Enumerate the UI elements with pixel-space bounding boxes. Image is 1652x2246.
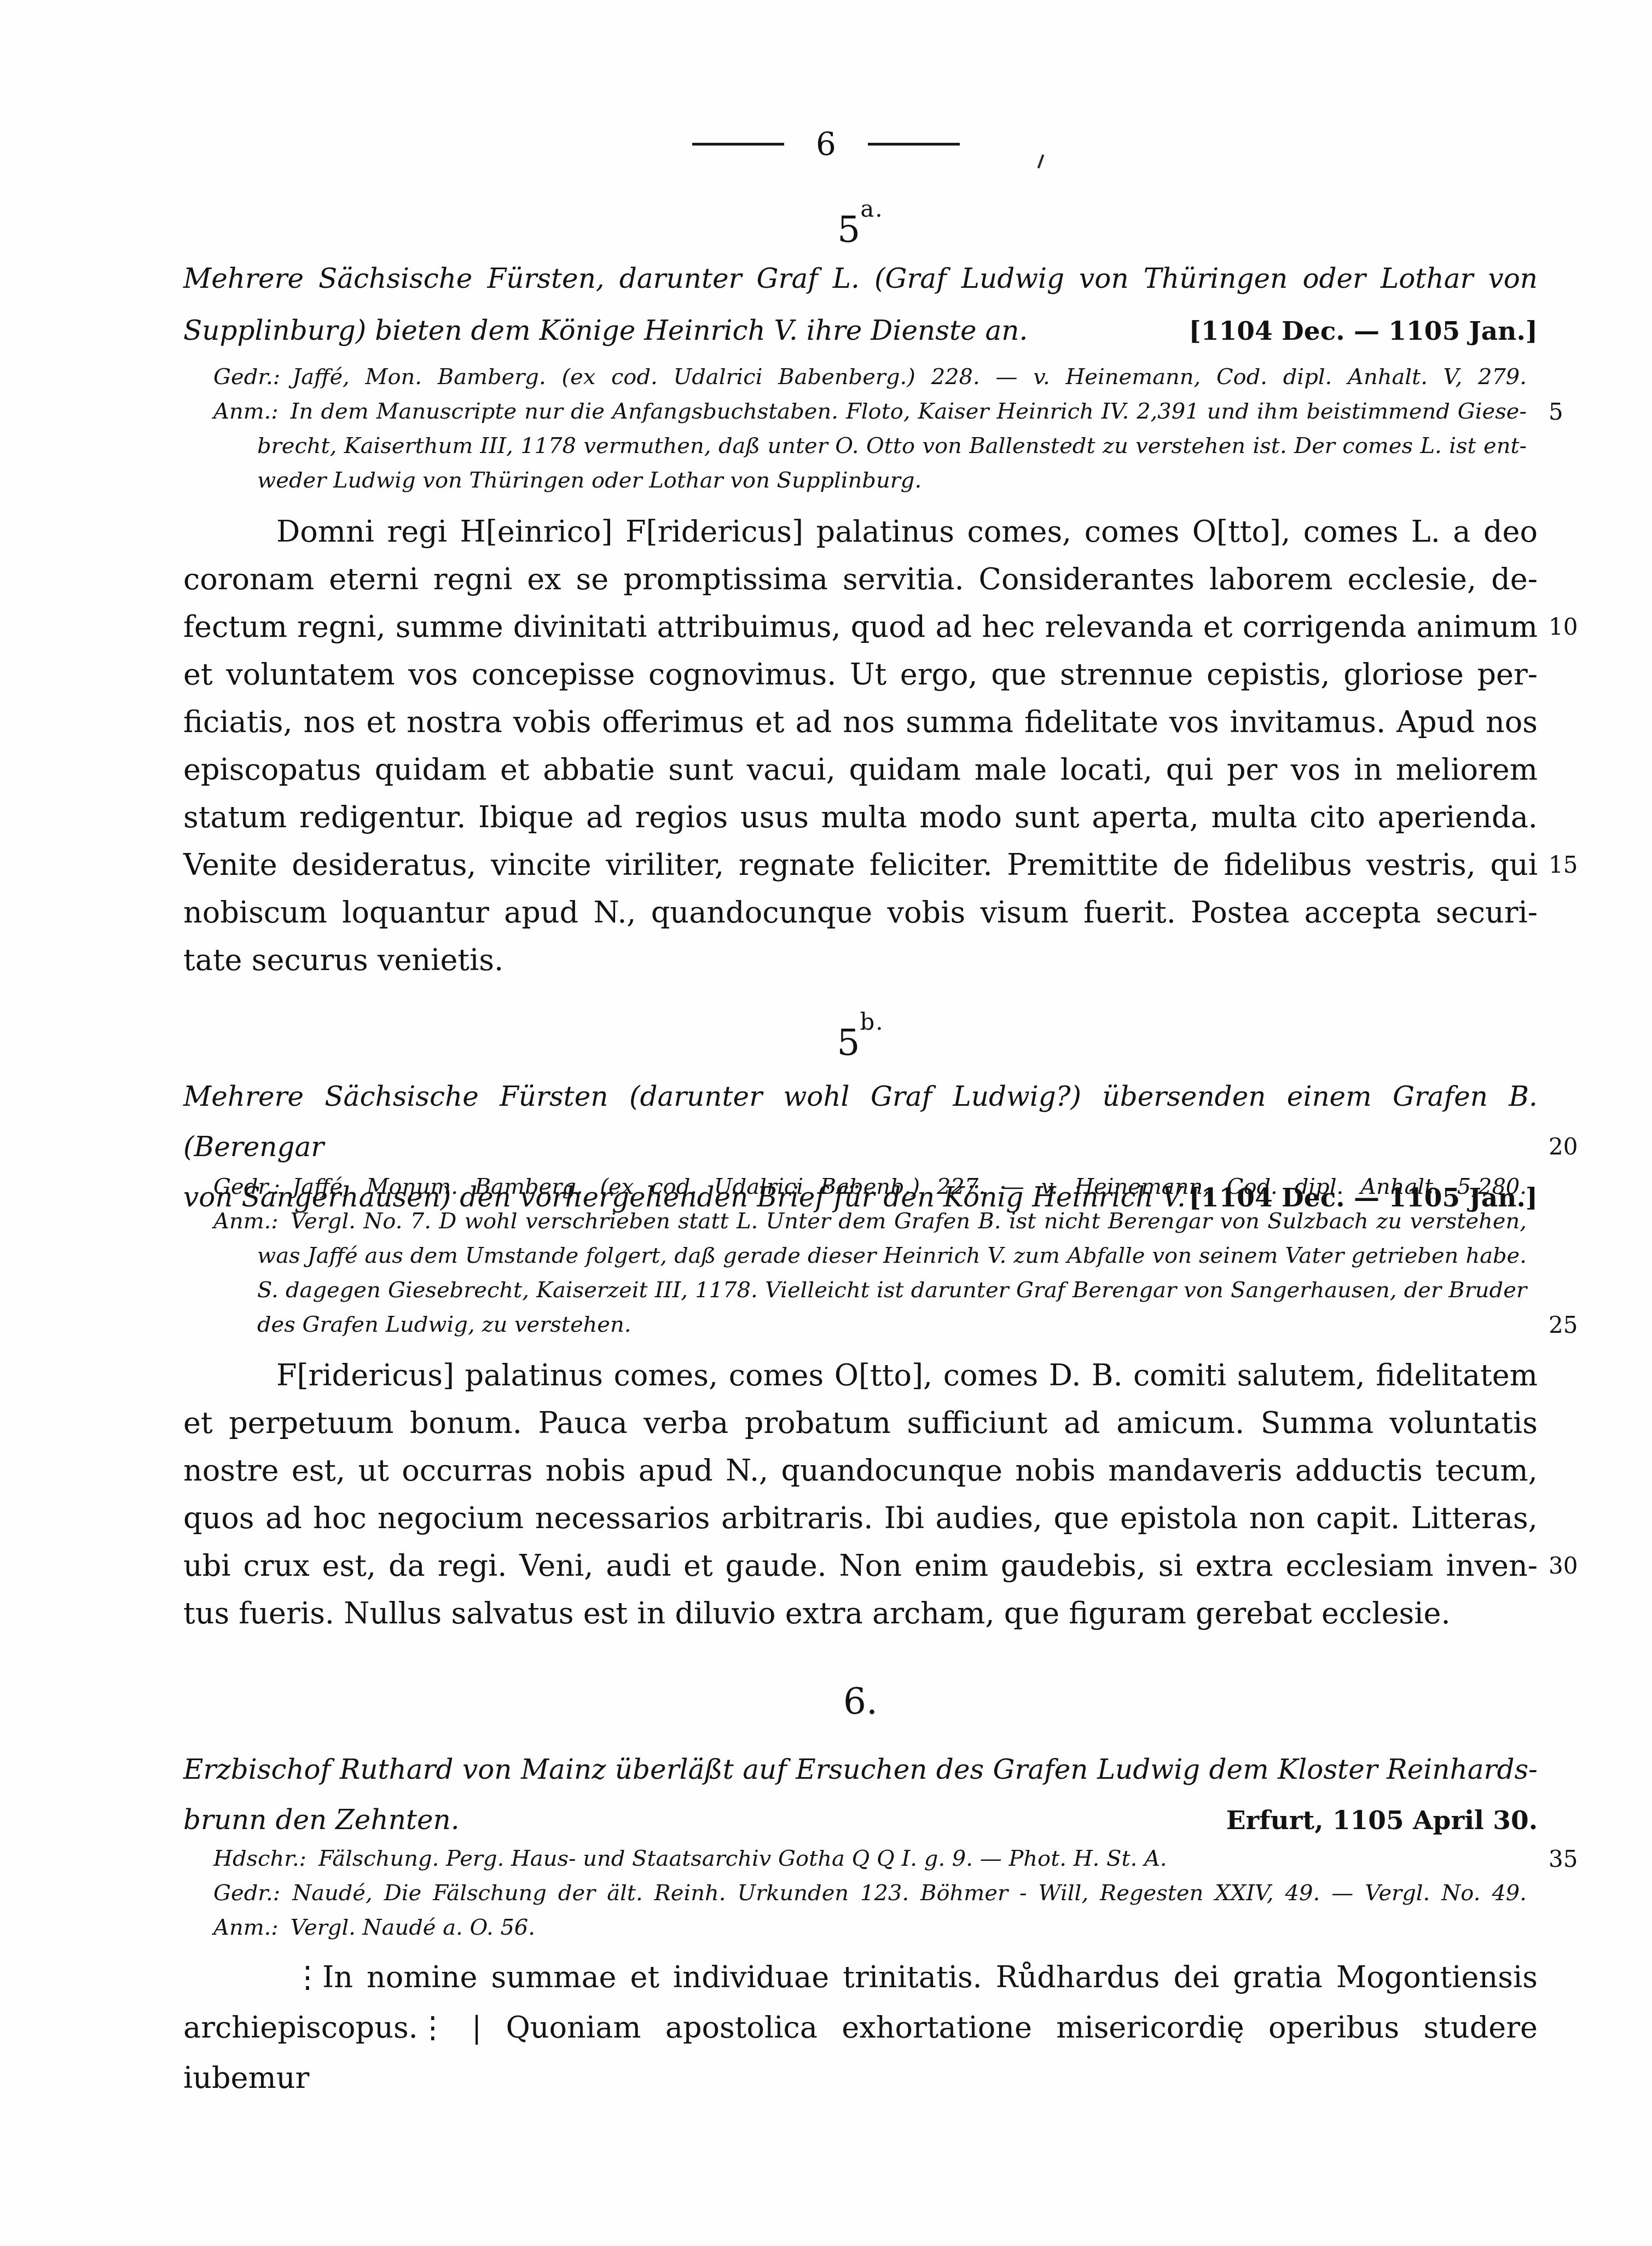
entry-6-number-heading: 6. <box>183 1674 1538 1729</box>
entry-5a-title: Mehrere Sächsische Fürsten, darunter Gra… <box>183 253 1538 357</box>
header-rule-right <box>868 143 960 146</box>
entry-5a-number-heading: 5a. <box>183 182 1538 257</box>
entry-6-title: Erzbischof Ruthard von Mainz überläßt au… <box>183 1744 1538 1846</box>
entry-5a-body-line-3: fectum regni, summe divinitati attribuim… <box>183 603 1538 651</box>
entry-5b-anm-line-4: des Grafen Ludwig, zu verstehen. <box>257 1308 1527 1342</box>
entry-5b-gedr-label: Gedr.: <box>213 1174 280 1199</box>
entry-5b-anm-line-2: was Jaffé aus dem Umstande folgert, daß … <box>257 1239 1527 1273</box>
entry-5b-gedr-text: Jaffé, Monum. Bamberg. (ex cod. Udalrici… <box>292 1174 1527 1199</box>
margin-line-number-35: 35 <box>1549 1842 1614 1876</box>
entry-5b-anm-line-3: S. dagegen Giesebrecht, Kaiserzeit III, … <box>257 1273 1527 1308</box>
entry-5a-body-line-8: Venite desideratus, vincite viriliter, r… <box>183 841 1538 889</box>
entry-5b-anm-line-1: Anm.:Vergl. No. 7. D wohl verschrieben s… <box>213 1204 1527 1239</box>
entry-6-anm-line-1: Anm.:Vergl. Naudé a. O. 56. <box>213 1911 1527 1945</box>
entry-5a-title-line-1: Mehrere Sächsische Fürsten, darunter Gra… <box>183 253 1538 305</box>
entry-6-references: Hdschr.:Fälschung. Perg. Haus- und Staat… <box>213 1842 1527 1945</box>
margin-line-number-20: 20 <box>1549 1122 1614 1172</box>
entry-6-hdschr-label: Hdschr.: <box>213 1846 306 1871</box>
entry-5b-body-line-2: et perpetuum bonum. Pauca verba probatum… <box>183 1399 1538 1447</box>
entry-5a-body-line-9: nobiscum loquantur apud N., quandocunque… <box>183 889 1538 936</box>
book-page: 6 5a. Mehrere Sächsische Fürsten, darunt… <box>0 0 1652 2246</box>
entry-5b-body-line-5: ubi crux est, da regi. Veni, audi et gau… <box>183 1542 1538 1589</box>
entry-5a-body-line-5: ficiatis, nos et nostra vobis offerimus … <box>183 698 1538 746</box>
entry-5a-title-line-2-text: Supplinburg) bieten dem Könige Heinrich … <box>183 305 1028 357</box>
entry-6-anm-label: Anm.: <box>213 1915 279 1940</box>
margin-line-number-15: 15 <box>1549 841 1614 889</box>
entry-5a-number: 5 <box>837 208 860 251</box>
margin-line-number-10: 10 <box>1549 603 1614 651</box>
entry-5b-body-line-4: quos ad hoc negocium necessarios arbitra… <box>183 1494 1538 1542</box>
entry-5a-body-line-1: Domni regi H[einrico] F[ridericus] palat… <box>183 508 1538 555</box>
entry-5a-anm-label: Anm.: <box>213 399 279 424</box>
entry-5a-anm-line-2: brecht, Kaiserthum III, 1178 vermuthen, … <box>257 429 1527 463</box>
entry-6-gedr-label: Gedr.: <box>213 1881 280 1906</box>
entry-6-gedr-text: Naudé, Die Fälschung der ält. Reinh. Urk… <box>292 1881 1527 1906</box>
entry-5b-anm-label: Anm.: <box>213 1209 279 1234</box>
entry-5a-gedr-label: Gedr.: <box>213 364 280 390</box>
entry-5b-body-line-1: F[ridericus] palatinus comes, comes O[tt… <box>183 1351 1538 1399</box>
entry-6-hdschr-line-1: Hdschr.:Fälschung. Perg. Haus- und Staat… <box>213 1842 1527 1876</box>
entry-5b-body-line-6: tus fueris. Nullus salvatus est in diluv… <box>183 1589 1538 1637</box>
entry-5a-gedr-line-1: Gedr.:Jaffé, Mon. Bamberg. (ex cod. Udal… <box>213 360 1527 394</box>
margin-line-number-25: 25 <box>1549 1308 1614 1342</box>
entry-5a-gedr-text: Jaffé, Mon. Bamberg. (ex cod. Udalrici B… <box>292 364 1527 390</box>
entry-5a-title-line-2: Supplinburg) bieten dem Könige Heinrich … <box>183 305 1538 357</box>
entry-5a-references: Gedr.:Jaffé, Mon. Bamberg. (ex cod. Udal… <box>213 360 1527 498</box>
entry-6-title-line-1: Erzbischof Ruthard von Mainz überläßt au… <box>183 1744 1538 1795</box>
margin-line-number-30: 30 <box>1549 1542 1614 1589</box>
entry-5b-number-heading: 5b. <box>183 995 1538 1070</box>
entry-6-body-line-1: ⋮In nomine summae et individuae trinitat… <box>183 1952 1538 2003</box>
entry-6-gedr-line-1: Gedr.:Naudé, Die Fälschung der ält. Rein… <box>213 1876 1527 1911</box>
header-rule-left <box>692 143 784 146</box>
entry-5a-body-line-6: episcopatus quidam et abbatie sunt vacui… <box>183 746 1538 793</box>
entry-5a-body-line-4: et voluntatem vos concepisse cognovimus.… <box>183 651 1538 698</box>
page-number: 6 <box>816 125 836 163</box>
entry-6-anm-text: Vergl. Naudé a. O. 56. <box>291 1915 535 1940</box>
page-header: 6 <box>0 125 1652 163</box>
entry-6-title-line-2: brunn den Zehnten. Erfurt, 1105 April 30… <box>183 1795 1538 1846</box>
entry-5a-body-line-10: tate securus venietis. <box>183 936 1538 984</box>
entry-5b-number: 5 <box>837 1022 860 1064</box>
entry-5b-title-line-1: Mehrere Sächsische Fürsten (darunter woh… <box>183 1071 1538 1172</box>
entry-5b-number-sup: b. <box>860 1008 884 1035</box>
entry-5a-anm-line-1: Anm.:In dem Manuscripte nur die Anfangsb… <box>213 394 1527 429</box>
entry-6-title-line-2-text: brunn den Zehnten. <box>183 1795 460 1845</box>
entry-5a-number-sup: a. <box>860 195 883 222</box>
entry-5a-anm-text-1: In dem Manuscripte nur die Anfangsbuchst… <box>291 399 1527 424</box>
entry-5a-body: Domni regi H[einrico] F[ridericus] palat… <box>183 508 1538 984</box>
entry-6-number: 6. <box>843 1680 878 1722</box>
entry-5b-gedr-line-1: Gedr.:Jaffé, Monum. Bamberg. (ex cod. Ud… <box>213 1170 1527 1204</box>
entry-5a-date: [1104 Dec. — 1105 Jan.] <box>1189 305 1538 357</box>
entry-5b-body: F[ridericus] palatinus comes, comes O[tt… <box>183 1351 1538 1637</box>
entry-6-hdschr-text: Fälschung. Perg. Haus- und Staatsarchiv … <box>318 1846 1167 1871</box>
entry-6-body: ⋮In nomine summae et individuae trinitat… <box>183 1952 1538 2103</box>
entry-5b-references: Gedr.:Jaffé, Monum. Bamberg. (ex cod. Ud… <box>213 1170 1527 1342</box>
entry-5a-anm-line-3: weder Ludwig von Thüringen oder Lothar v… <box>257 463 1527 498</box>
margin-line-number-5: 5 <box>1549 394 1614 429</box>
entry-5b-anm-text-1: Vergl. No. 7. D wohl verschrieben statt … <box>291 1209 1527 1234</box>
entry-5b-body-line-3: nostre est, ut occurras nobis apud N., q… <box>183 1447 1538 1494</box>
entry-6-body-line-2: archiepiscopus.⋮ | Quoniam apostolica ex… <box>183 2003 1538 2103</box>
entry-5a-body-line-7: statum redigentur. Ibique ad regios usus… <box>183 793 1538 841</box>
entry-6-date: Erfurt, 1105 April 30. <box>1226 1796 1538 1846</box>
entry-5a-body-line-2: coronam eterni regni ex se promptissima … <box>183 555 1538 603</box>
